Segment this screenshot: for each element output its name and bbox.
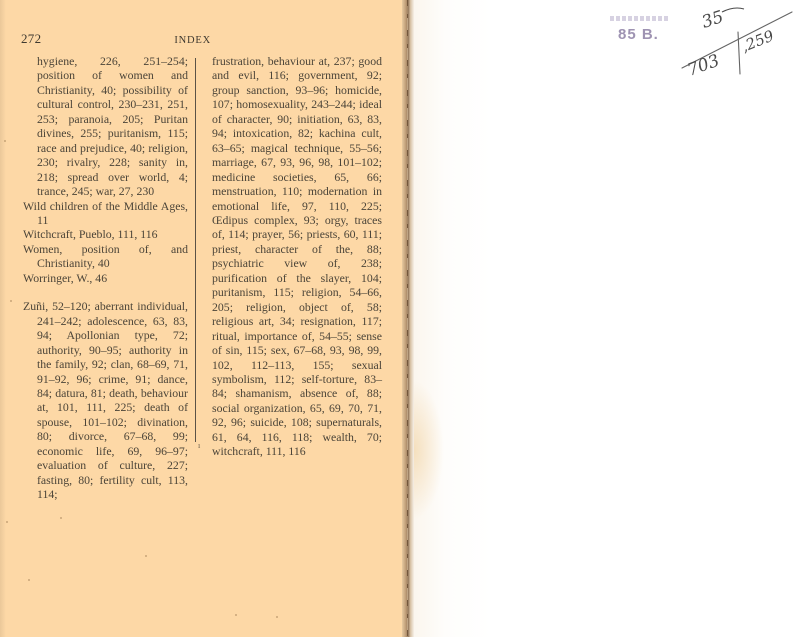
page-stain [414,380,444,520]
index-column-left: hygiene, 226, 251–254; position of women… [23,54,188,502]
index-entry: Wild children of the Middle Ages, 11 [23,199,188,228]
book-spread: 272 INDEX hygiene, 226, 251–254; positio… [0,0,800,637]
left-page: 272 INDEX hygiene, 226, 251–254; positio… [0,0,405,637]
stamp-text: 85 B. [618,26,659,43]
index-entry: Worringer, W., 46 [23,271,188,285]
page-number: 272 [21,31,41,47]
index-entry: hygiene, 226, 251–254; position of women… [23,54,188,199]
index-entry: Zuñi, 52–120; aberrant individual, 241–2… [23,299,188,501]
stamp-illegible-line [610,16,668,21]
index-entry: Women, position of, and Christianity, 40 [23,242,188,271]
running-head: 272 INDEX [21,31,211,47]
right-page: 85 B. 35 703 ,259 [414,0,800,637]
running-head-title: INDEX [174,35,211,46]
handwriting-mark: 35 703 ,259 [674,0,800,80]
margin-mark: ı [198,441,200,450]
book-gutter [402,0,414,637]
index-column-right: frustration, behaviour at, 237; good and… [212,54,382,459]
handwritten-call-number: 35 703 ,259 [674,0,800,80]
library-stamp: 85 B. [606,14,676,50]
svg-text:703: 703 [685,51,722,80]
index-entry: Witchcraft, Pueblo, 111, 116 [23,227,188,241]
svg-text:35: 35 [699,7,726,33]
index-entry: frustration, behaviour at, 237; good and… [212,54,382,459]
column-divider [195,58,196,442]
svg-text:,259: ,259 [739,26,777,55]
